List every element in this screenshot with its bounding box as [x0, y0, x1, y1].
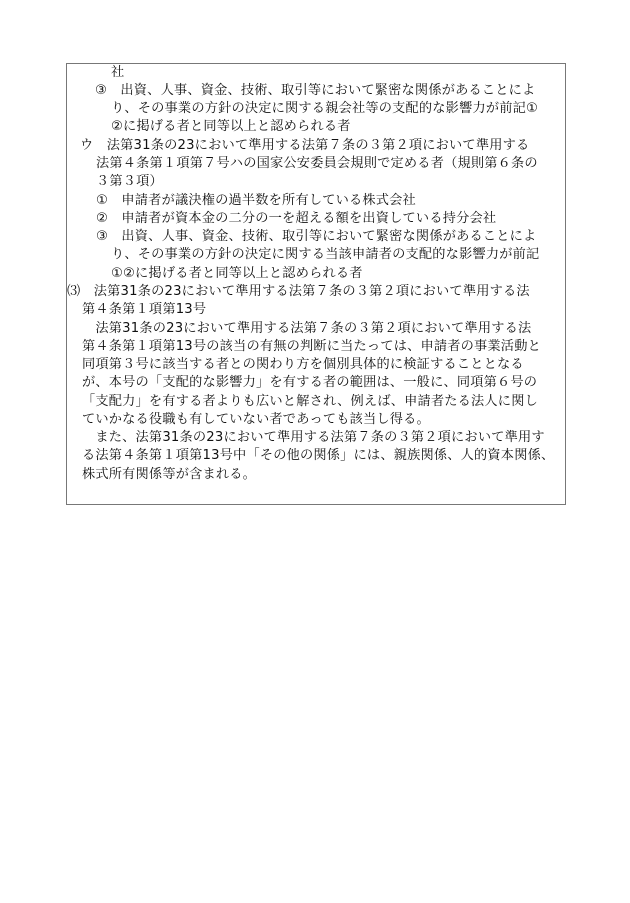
text-line: 「支配力」を有する者よりも広いと解され、例えば、申請者たる法人に関し: [82, 393, 538, 411]
text-line: 同項第３号に該当する者との関わり方を個別具体的に検証することとなる: [82, 356, 524, 374]
text-line: 法第31条の23において準用する法第７条の３第２項において準用する法: [82, 320, 531, 338]
text-line: ③ 出資、人事、資金、技術、取引等において緊密な関係があることによ: [96, 228, 536, 246]
text-line: 社: [111, 64, 124, 82]
text-line: 第４条第１項第13号: [82, 301, 206, 319]
text-line: ⑶ 法第31条の23において準用する法第７条の３第２項において準用する法: [67, 283, 530, 301]
text-line: ①②に掲げる者と同等以上と認められる者: [111, 265, 363, 283]
text-line: 第４条第１項第13号の該当の有無の判断に当たっては、申請者の事業活動と: [82, 338, 541, 356]
text-line: り、その事業の方針の決定に関する当該申請者の支配的な影響力が前記: [111, 246, 539, 264]
text-line: ウ 法第31条の23において準用する法第７条の３第２項において準用する: [80, 137, 529, 155]
text-line: ３第３項）: [96, 173, 163, 191]
text-line: り、その事業の方針の決定に関する親会社等の支配的な影響力が前記①: [111, 100, 538, 118]
text-line: また、法第31条の23において準用する法第７条の３第２項において準用す: [82, 429, 545, 447]
text-line: ていかなる役職も有していない者であっても該当し得る。: [82, 411, 430, 429]
text-line: 法第４条第１項第７号ハの国家公安委員会規則で定める者（規則第６条の: [96, 155, 538, 173]
text-line: ② 申請者が資本金の二分の一を超える額を出資している持分会社: [96, 210, 496, 228]
text-line: ②に掲げる者と同等以上と認められる者: [111, 118, 351, 136]
text-line: る法第４条第１項第13号中「その他の関係」には、親族関係、人的資本関係、: [82, 447, 554, 465]
text-line: ③ 出資、人事、資金、技術、取引等において緊密な関係があることによ: [95, 82, 535, 100]
text-line: が、本号の「支配的な影響力」を有する者の範囲は、一般に、同項第６号の: [82, 374, 537, 392]
text-line: 株式所有関係等が含まれる。: [82, 466, 256, 484]
text-line: ① 申請者が議決権の過半数を所有している株式会社: [96, 192, 416, 210]
